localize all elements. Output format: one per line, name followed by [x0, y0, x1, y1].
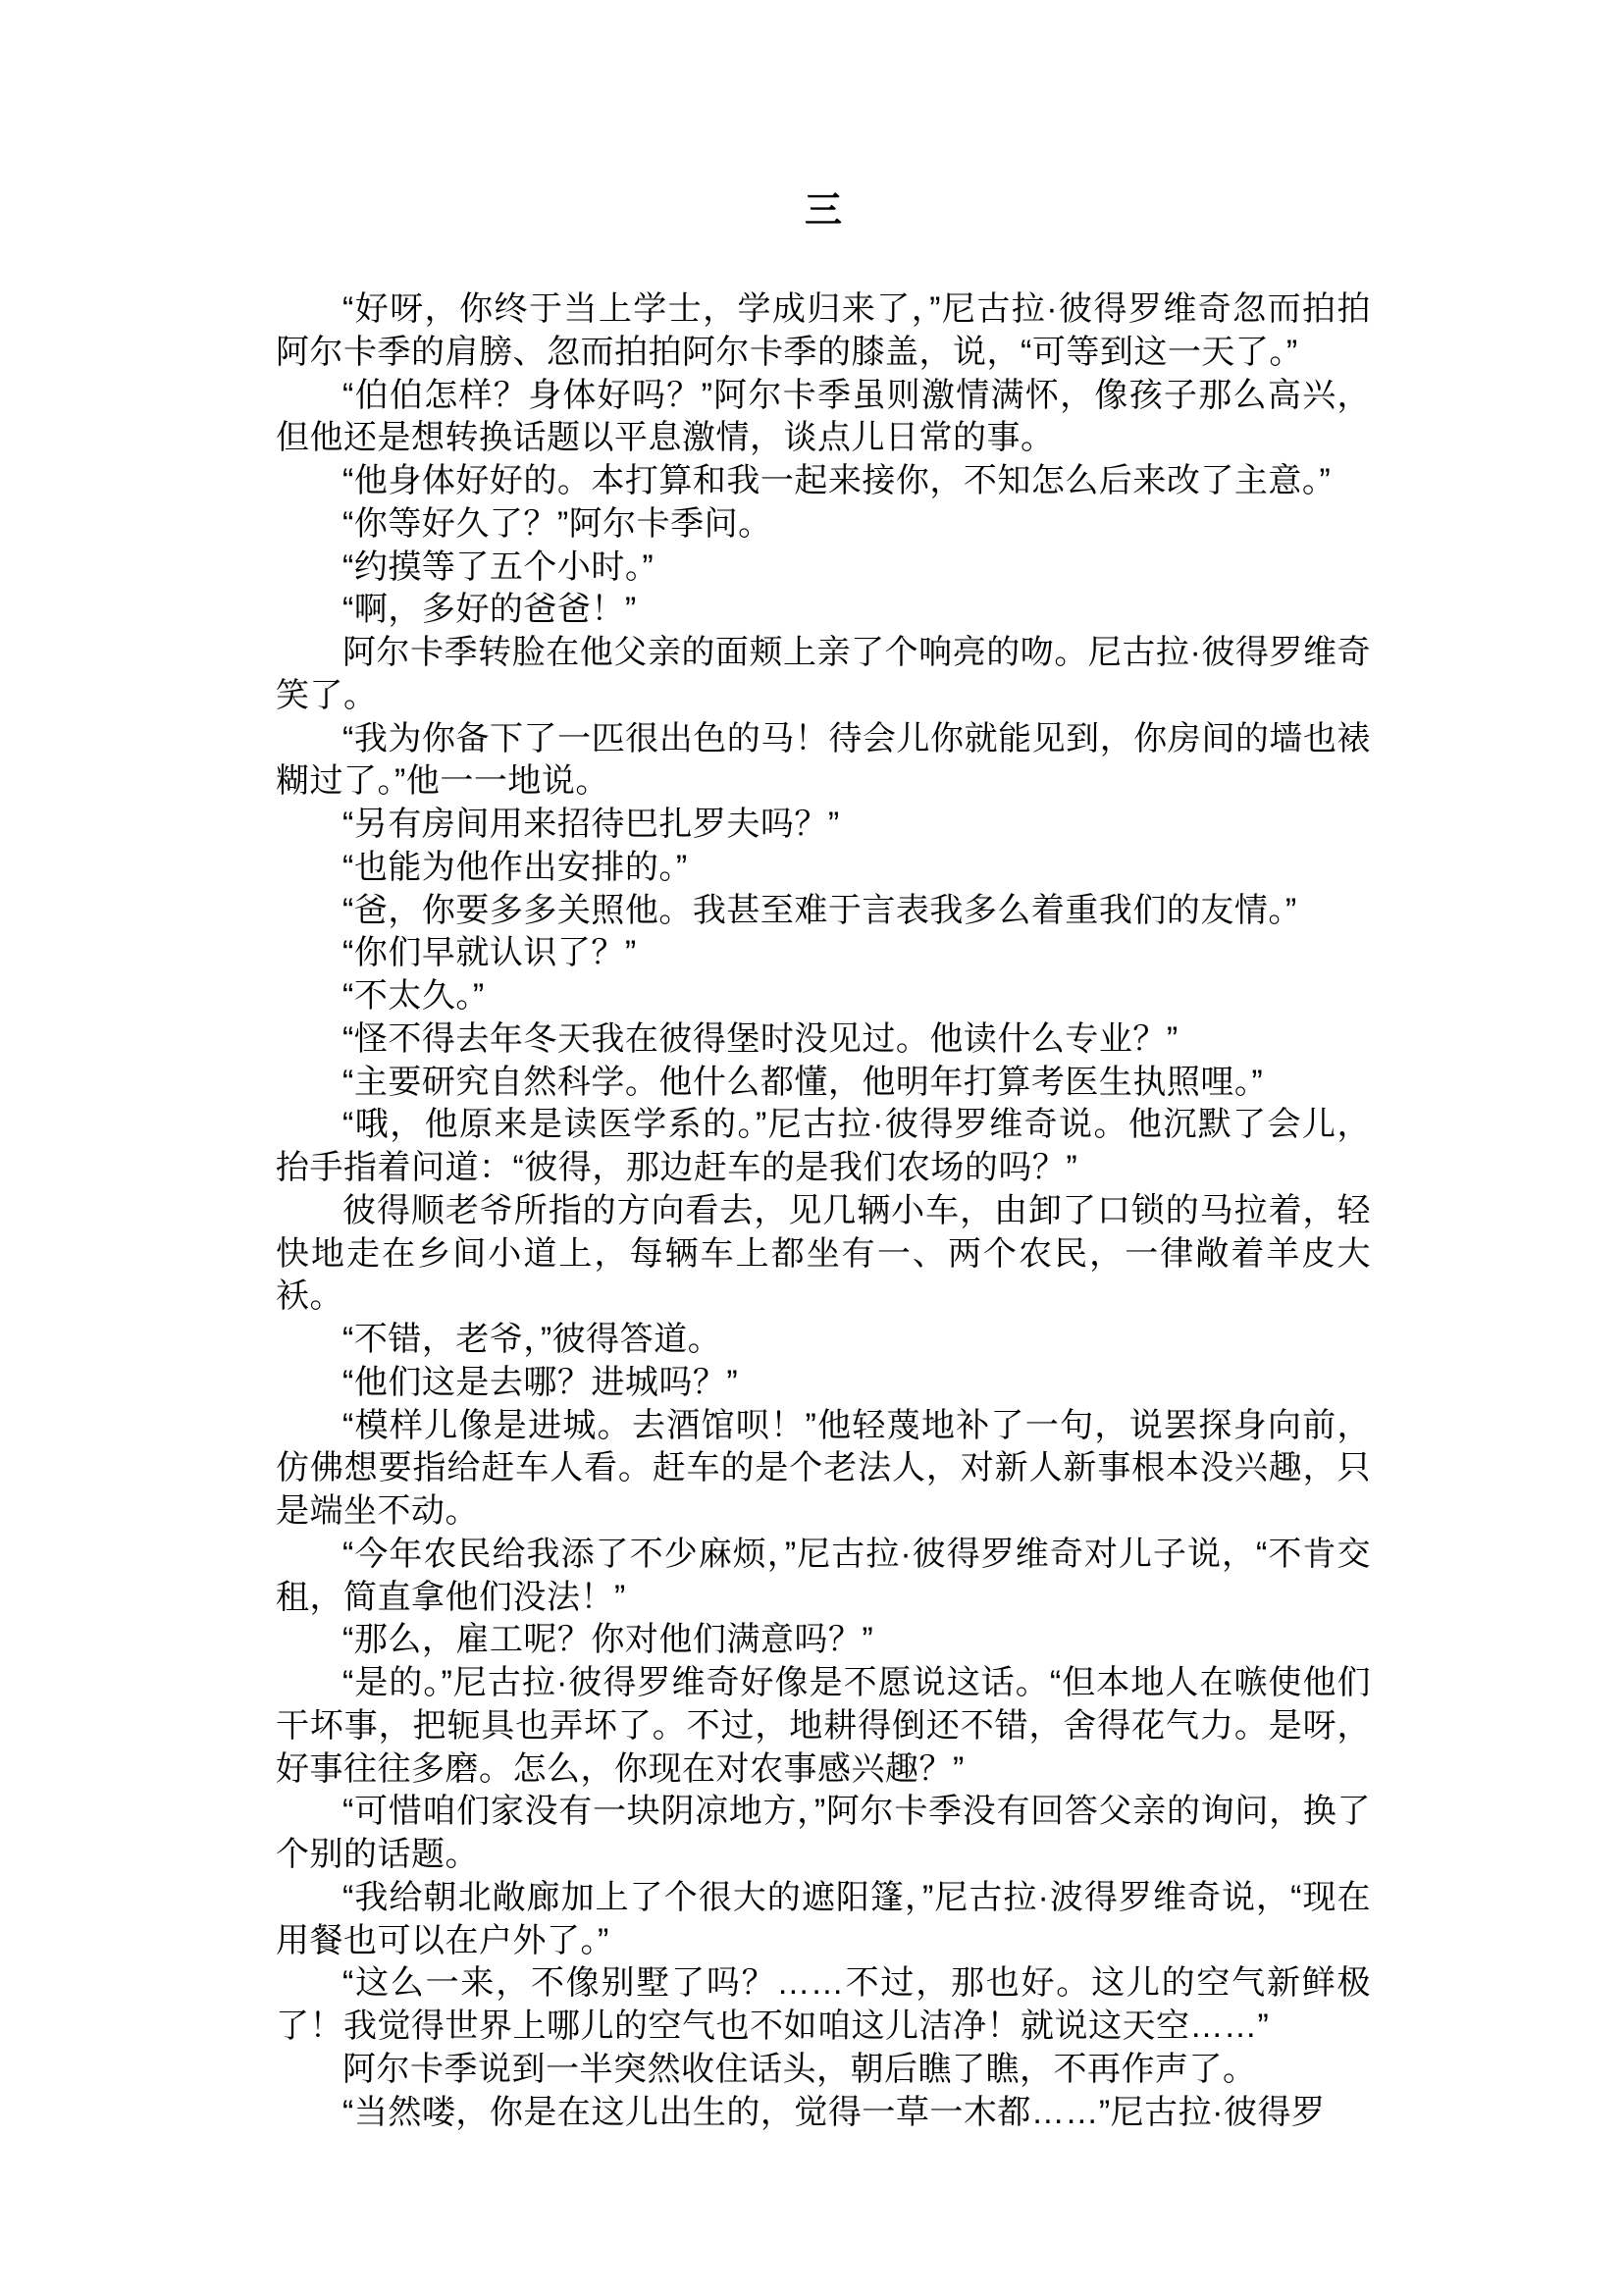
paragraph: “怪不得去年冬天我在彼得堡时没见过。他读什么专业？”	[276, 1018, 1371, 1062]
paragraph: “是的。”尼古拉·彼得罗维奇好像是不愿说这话。“但本地人在嗾使他们干坏事，把轭具…	[276, 1662, 1371, 1791]
paragraph: “不太久。”	[276, 975, 1371, 1018]
paragraph: “可惜咱们家没有一块阴凉地方，”阿尔卡季没有回答父亲的询问，换了个别的话题。	[276, 1791, 1371, 1877]
body-text: “好呀，你终于当上学士，学成归来了，”尼古拉·彼得罗维奇忽而拍拍阿尔卡季的肩膀、…	[276, 288, 1371, 2134]
paragraph: “我给朝北敞廊加上了个很大的遮阳篷，”尼古拉·波得罗维奇说，“现在用餐也可以在户…	[276, 1877, 1371, 1963]
paragraph: 彼得顺老爷所指的方向看去，见几辆小车，由卸了口锁的马拉着，轻快地走在乡间小道上，…	[276, 1190, 1371, 1319]
paragraph: 阿尔卡季转脸在他父亲的面颊上亲了个响亮的吻。尼古拉·彼得罗维奇笑了。	[276, 632, 1371, 718]
paragraph: “他们这是去哪？进城吗？”	[276, 1362, 1371, 1405]
paragraph: “今年农民给我添了不少麻烦，”尼古拉·彼得罗维奇对儿子说，“不肯交租，简直拿他们…	[276, 1534, 1371, 1620]
paragraph: “不错，老爷，”彼得答道。	[276, 1319, 1371, 1362]
paragraph: “我为你备下了一匹很出色的马！待会儿你就能见到，你房间的墙也裱糊过了。”他一一地…	[276, 718, 1371, 805]
paragraph: “你等好久了？”阿尔卡季问。	[276, 503, 1371, 547]
paragraph: 阿尔卡季说到一半突然收住话头，朝后瞧了瞧，不再作声了。	[276, 2049, 1371, 2092]
paragraph: “当然喽，你是在这儿出生的，觉得一草一木都……”尼古拉·彼得罗	[276, 2092, 1371, 2135]
paragraph: “那么，雇工呢？你对他们满意吗？”	[276, 1619, 1371, 1662]
paragraph: “伯伯怎样？身体好吗？”阿尔卡季虽则激情满怀，像孩子那么高兴，但他还是想转换话题…	[276, 375, 1371, 461]
paragraph: “主要研究自然科学。他什么都懂，他明年打算考医生执照哩。”	[276, 1062, 1371, 1105]
chapter-heading: 三	[276, 188, 1371, 234]
paragraph: “这么一来，不像别墅了吗？……不过，那也好。这儿的空气新鲜极了！我觉得世界上哪儿…	[276, 1962, 1371, 2049]
paragraph: “模样儿像是进城。去酒馆呗！”他轻蔑地补了一句，说罢探身向前，仿佛想要指给赶车人…	[276, 1405, 1371, 1534]
paragraph: “约摸等了五个小时。”	[276, 547, 1371, 590]
paragraph: “爸，你要多多关照他。我甚至难于言表我多么着重我们的友情。”	[276, 890, 1371, 933]
book-page: 三 “好呀，你终于当上学士，学成归来了，”尼古拉·彼得罗维奇忽而拍拍阿尔卡季的肩…	[0, 0, 1624, 2294]
paragraph: “也能为他作出安排的。”	[276, 847, 1371, 890]
paragraph: “哦，他原来是读医学系的。”尼古拉·彼得罗维奇说。他沉默了会儿，抬手指着问道：“…	[276, 1104, 1371, 1190]
paragraph: “你们早就认识了？”	[276, 932, 1371, 975]
paragraph: “好呀，你终于当上学士，学成归来了，”尼古拉·彼得罗维奇忽而拍拍阿尔卡季的肩膀、…	[276, 288, 1371, 375]
paragraph: “另有房间用来招待巴扎罗夫吗？”	[276, 804, 1371, 847]
paragraph: “他身体好好的。本打算和我一起来接你，不知怎么后来改了主意。”	[276, 460, 1371, 503]
paragraph: “啊，多好的爸爸！”	[276, 589, 1371, 632]
